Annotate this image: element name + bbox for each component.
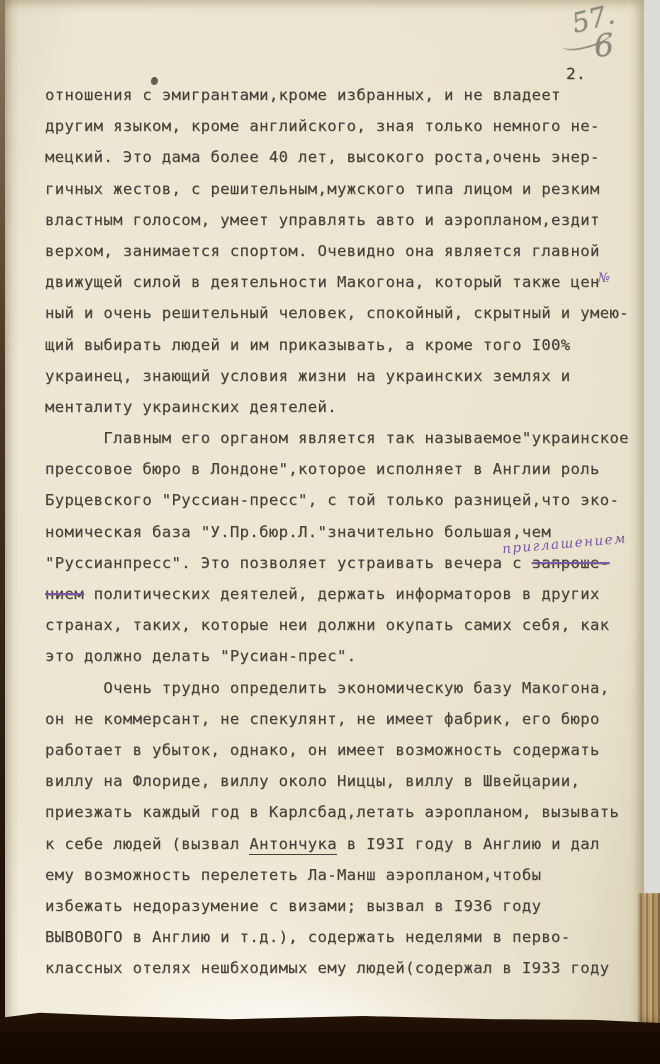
text-segment: властным голосом, умеет управлять авто и… bbox=[45, 211, 600, 229]
typewriter-line: украинец, знающий условия жизни на украи… bbox=[45, 361, 635, 392]
text-segment: странах, таких, которые неи должни окупа… bbox=[45, 616, 609, 634]
typewriter-line: движущей силой в деятельности Макогона, … bbox=[45, 267, 635, 298]
text-segment: Главным его органом является так называе… bbox=[45, 429, 629, 447]
text-segment: в I93I году в Англию и дал bbox=[337, 835, 600, 853]
typewriter-line: приезжать каждый год в Карлсбад,летать а… bbox=[45, 797, 635, 828]
text-segment: движущей силой в деятельности Макогона, … bbox=[45, 273, 600, 291]
typewriter-line: отношения с эмигрантами,кроме избранных,… bbox=[45, 80, 635, 111]
typewriter-line: властным голосом, умеет управлять авто и… bbox=[45, 205, 635, 236]
text-segment: ВЫВОВОГО в Англию и т.д.), содержать нед… bbox=[45, 928, 571, 946]
text-segment: классных отелях нешбходимых ему людей(со… bbox=[45, 959, 609, 977]
typewriter-line: странах, таких, которые неи должни окупа… bbox=[45, 610, 635, 641]
typewriter-line: Главным его органом является так называе… bbox=[45, 423, 635, 454]
text-segment-strike: нием bbox=[45, 585, 84, 603]
typewriter-line: Бурцевского "Руссиан-пресс", с той тольк… bbox=[45, 485, 635, 516]
typewriter-line: другим языком, кроме английского, зная т… bbox=[45, 111, 635, 142]
typewriter-line: виллу на Флориде, виллу около Ниццы, вил… bbox=[45, 766, 635, 797]
text-segment: Бурцевского "Руссиан-пресс", с той тольк… bbox=[45, 491, 619, 509]
typewriter-line: ный и очень решительный человек, спокойн… bbox=[45, 298, 635, 329]
typewriter-line: менталиту украинских деятелей. bbox=[45, 392, 635, 423]
text-segment: он не коммерсант, не спекулянт, не имеет… bbox=[45, 710, 600, 728]
text-segment: "Руссианпресс". Это позволяет устраивать… bbox=[45, 554, 532, 572]
typewriter-line: Очень трудно определить экономическую ба… bbox=[45, 673, 635, 704]
typewriter-line: классных отелях нешбходимых ему людей(со… bbox=[45, 953, 635, 984]
archive-scan: 57. 6 2. отношения с эмигрантами,кроме и… bbox=[0, 0, 660, 1064]
page-crease-shadow bbox=[5, 0, 19, 1064]
text-segment: прессовое бюро в Лондоне",которое исполн… bbox=[45, 460, 600, 478]
text-segment: это должно делать "Русиан-прес". bbox=[45, 647, 356, 665]
typewriter-line: ему возможность перелететь Ла-Манш аэроп… bbox=[45, 860, 635, 891]
pencil-archival-sub-number: 6 bbox=[592, 27, 615, 65]
text-segment: другим языком, кроме английского, зная т… bbox=[45, 117, 600, 135]
text-segment: ему возможность перелететь Ла-Манш аэроп… bbox=[45, 866, 541, 884]
text-segment: приезжать каждый год в Карлсбад,летать а… bbox=[45, 803, 619, 821]
typewriter-line: мецкий. Это дама более 40 лет, высокого … bbox=[45, 142, 635, 173]
typewriter-line: это должно делать "Русиан-прес". bbox=[45, 641, 635, 672]
text-segment: избежать недоразумение с визами; вызвал … bbox=[45, 897, 541, 915]
typewriter-line: работает в убыток, однако, он имеет возм… bbox=[45, 735, 635, 766]
text-segment-strike: запроше- bbox=[532, 554, 610, 572]
text-segment: к себе людей (вызвал bbox=[45, 835, 249, 853]
typewriter-line: гичных жестов, с решительным,мужского ти… bbox=[45, 174, 635, 205]
document-page: 57. 6 2. отношения с эмигрантами,кроме и… bbox=[0, 0, 644, 1064]
text-segment: верхом, занимается спортом. Очевидно она… bbox=[45, 242, 600, 260]
text-segment: менталиту украинских деятелей. bbox=[45, 398, 337, 416]
typewriter-line: прессовое бюро в Лондоне",которое исполн… bbox=[45, 454, 635, 485]
typewriter-line: ВЫВОВОГО в Англию и т.д.), содержать нед… bbox=[45, 922, 635, 953]
typewriter-line: верхом, занимается спортом. Очевидно она… bbox=[45, 236, 635, 267]
text-segment-ink: № bbox=[598, 271, 611, 286]
text-segment: виллу на Флориде, виллу около Ниццы, вил… bbox=[45, 772, 580, 790]
typewriter-line: к себе людей (вызвал Антончука в I93I го… bbox=[45, 829, 635, 860]
text-segment: номическая база "У.Пр.бюр.Л."значительно… bbox=[45, 523, 551, 541]
typewriter-line: нием политических деятелей, держать инфо… bbox=[45, 579, 635, 610]
text-segment: щий выбирать людей и им приказывать, а к… bbox=[45, 336, 571, 354]
typewriter-line: он не коммерсант, не спекулянт, не имеет… bbox=[45, 704, 635, 735]
text-segment: мецкий. Это дама более 40 лет, высокого … bbox=[45, 148, 600, 166]
text-segment: работает в убыток, однако, он имеет возм… bbox=[45, 741, 600, 759]
text-segment: украинец, знающий условия жизни на украи… bbox=[45, 367, 571, 385]
page-stack-edge bbox=[638, 893, 660, 1039]
text-segment: Очень трудно определить экономическую ба… bbox=[45, 679, 609, 697]
text-segment: политических деятелей, держать информато… bbox=[84, 585, 600, 603]
typewriter-text: отношения с эмигрантами,кроме избранных,… bbox=[45, 80, 635, 984]
text-segment: ный и очень решительный человек, спокойн… bbox=[45, 304, 629, 322]
text-segment: отношения с эмигрантами,кроме избранных,… bbox=[45, 86, 561, 104]
text-segment-underline: Антончука bbox=[249, 835, 337, 855]
typewriter-line: щий выбирать людей и им приказывать, а к… bbox=[45, 330, 635, 361]
typewriter-line: избежать недоразумение с визами; вызвал … bbox=[45, 891, 635, 922]
text-segment: гичных жестов, с решительным,мужского ти… bbox=[45, 180, 600, 198]
